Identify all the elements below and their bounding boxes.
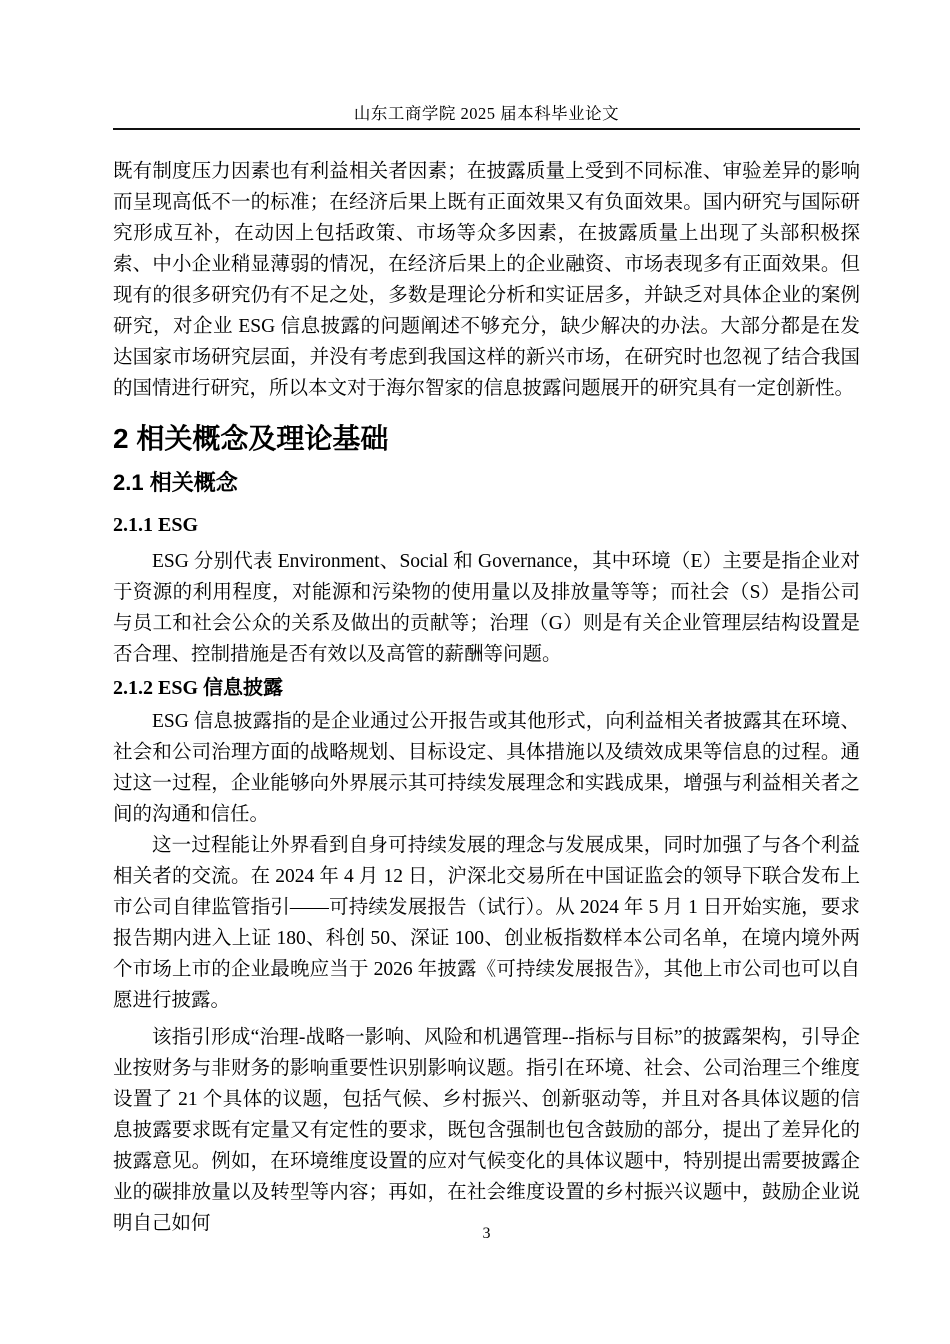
paragraph-esg-disclosure-framework: 该指引形成“治理-战略一影响、风险和机遇管理--指标与目标”的披露架构，引导企业… bbox=[113, 1022, 860, 1239]
section-heading: 2.1 相关概念 bbox=[113, 468, 860, 498]
subsection-heading-esg: 2.1.1 ESG bbox=[113, 512, 860, 539]
page-footer: 3 bbox=[113, 1224, 860, 1244]
page-header: 山东工商学院 2025 届本科毕业论文 bbox=[113, 0, 860, 130]
thesis-page: 山东工商学院 2025 届本科毕业论文 既有制度压力因素也有利益相关者因素；在披… bbox=[0, 0, 950, 1344]
page-body: 既有制度压力因素也有利益相关者因素；在披露质量上受到不同标准、审验差异的影响而呈… bbox=[113, 156, 860, 1239]
page-number: 3 bbox=[483, 1225, 491, 1242]
paragraph-esg-disclosure-definition: ESG 信息披露指的是企业通过公开报告或其他形式，向利益相关者披露其在环境、社会… bbox=[113, 706, 860, 830]
paragraph-esg-definition: ESG 分别代表 Environment、Social 和 Governance… bbox=[113, 546, 860, 670]
paragraph-literature-review-continuation: 既有制度压力因素也有利益相关者因素；在披露质量上受到不同标准、审验差异的影响而呈… bbox=[113, 156, 860, 404]
running-header-title: 山东工商学院 2025 届本科毕业论文 bbox=[113, 104, 860, 124]
subsection-heading-esg-disclosure: 2.1.2 ESG 信息披露 bbox=[113, 675, 860, 702]
chapter-heading: 2 相关概念及理论基础 bbox=[113, 420, 860, 458]
paragraph-esg-disclosure-regulation: 这一过程能让外界看到自身可持续发展的理念与发展成果，同时加强了与各个利益相关者的… bbox=[113, 830, 860, 1016]
